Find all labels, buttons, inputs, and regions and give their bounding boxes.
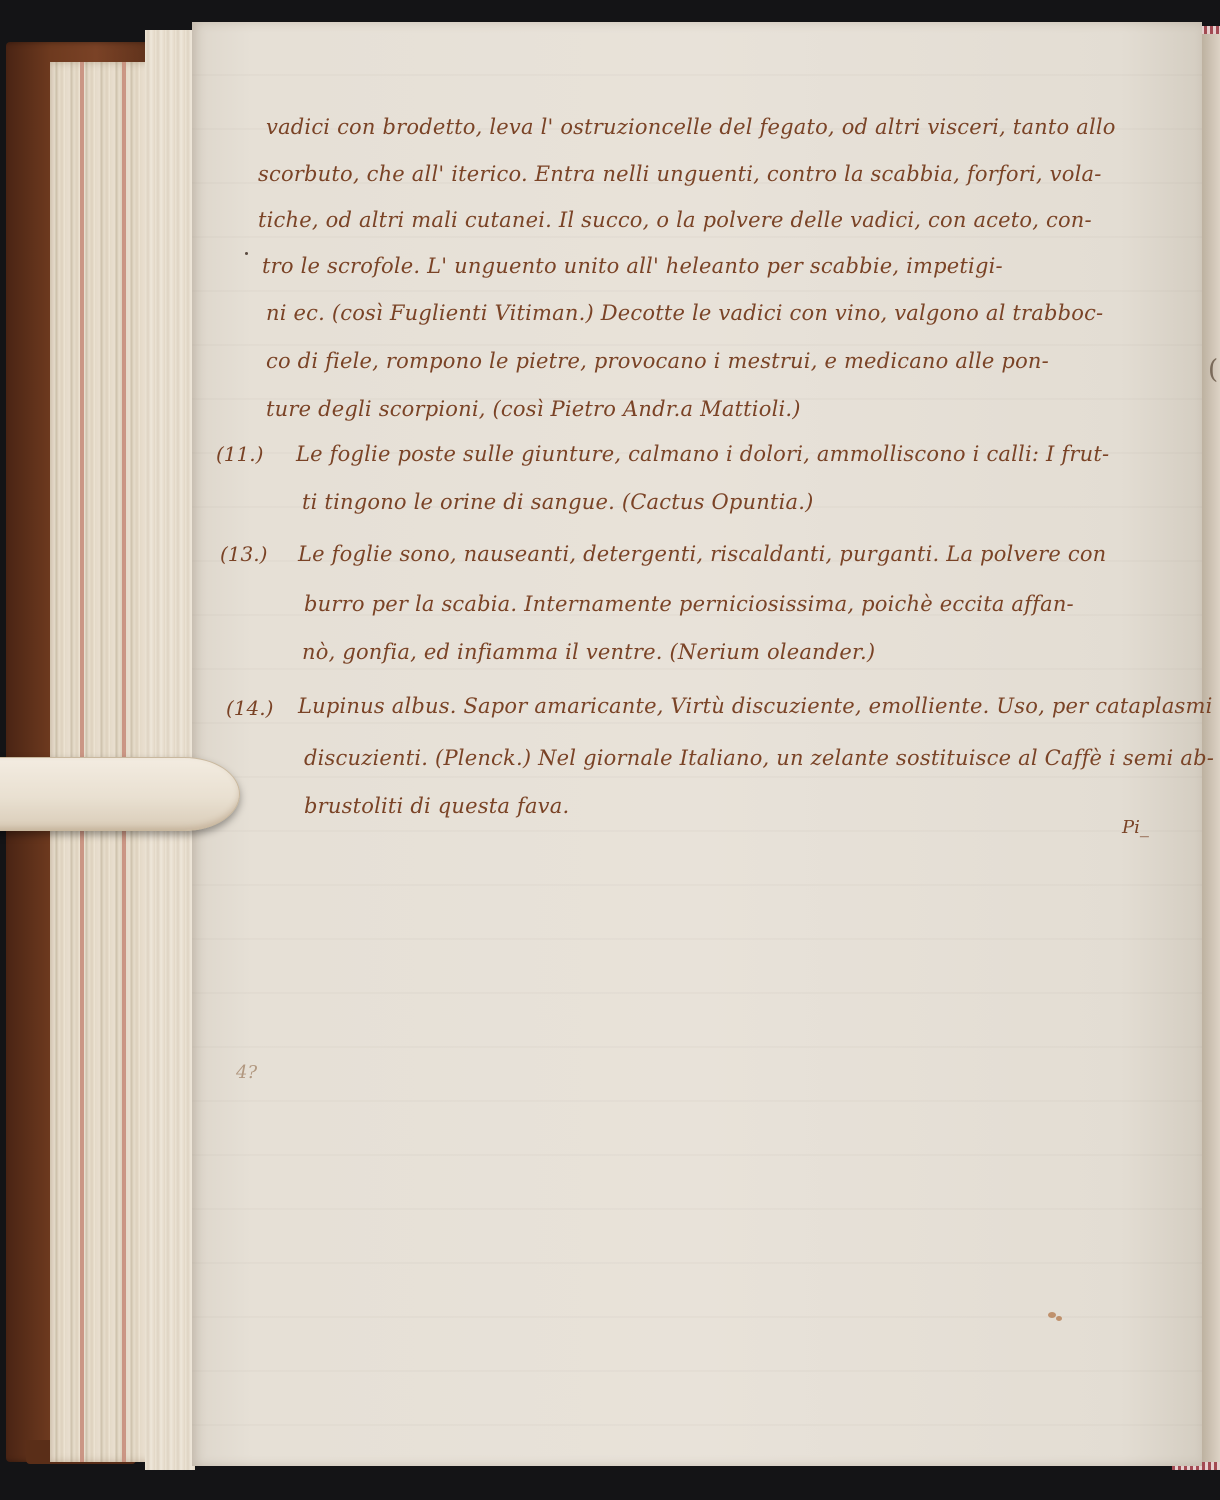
- text-line: ture degli scorpioni, (così Pietro Andr.…: [266, 397, 801, 421]
- page-edges-inner: [145, 30, 195, 1470]
- text-line: scorbuto, che all' iterico. Entra nelli …: [258, 162, 1102, 186]
- text-line: ti tingono le orine di sangue. (Cactus O…: [302, 490, 814, 514]
- text-line: Le foglie sono, nauseanti, detergenti, r…: [298, 542, 1106, 566]
- page-ruling: [192, 22, 1202, 1466]
- bone-folder-bookmark: [0, 757, 240, 831]
- ink-stain: [1056, 1316, 1062, 1321]
- ink-dot: [245, 252, 248, 255]
- text-line: tiche, od altri mali cutanei. Il succo, …: [258, 208, 1092, 232]
- facing-page-bracket: (: [1208, 355, 1218, 385]
- note-number: (13.): [220, 542, 267, 566]
- manuscript-page: vadici con brodetto, leva l' ostruzionce…: [192, 22, 1202, 1466]
- text-line: burro per la scabia. Internamente pernic…: [304, 592, 1074, 616]
- catchword: Pi_: [1122, 817, 1149, 838]
- text-line: co di fiele, rompono le pietre, provocan…: [266, 349, 1049, 373]
- note-number: (14.): [226, 696, 273, 720]
- text-line: brustoliti di questa fava.: [304, 794, 569, 818]
- text-line: Lupinus albus. Sapor amaricante, Virtù d…: [298, 694, 1213, 718]
- note-number: (11.): [216, 442, 263, 466]
- margin-mark: 4?: [236, 1062, 257, 1083]
- text-line: discuzienti. (Plenck.) Nel giornale Ital…: [304, 746, 1214, 770]
- text-line: tro le scrofole. L' unguento unito all' …: [262, 254, 1003, 278]
- text-line: ni ec. (così Fuglienti Vitiman.) Decotte…: [266, 301, 1103, 325]
- text-line: nò, gonfia, ed infiamma il ventre. (Neri…: [302, 640, 875, 664]
- ink-stain: [1048, 1312, 1056, 1318]
- text-line: Le foglie poste sulle giunture, calmano …: [296, 442, 1109, 466]
- text-line: vadici con brodetto, leva l' ostruzionce…: [266, 115, 1116, 139]
